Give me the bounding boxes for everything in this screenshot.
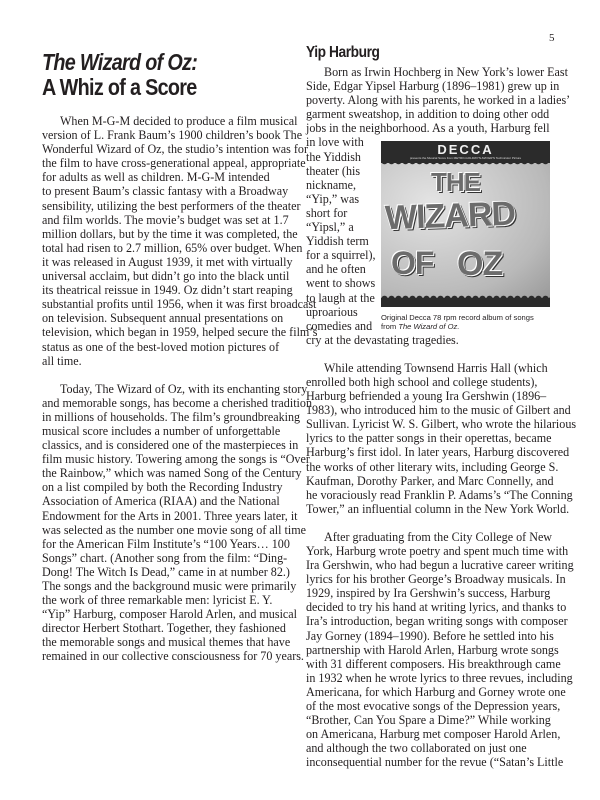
text-line: partnership with Harold Arlen, Harburg w… [306,643,560,657]
text-line: Songs” chart. (Another song from the fil… [42,551,292,565]
text-line: When M-G-M decided to produce a film mus… [42,114,292,128]
text-line: to present Baum’s classic fantasy with a… [42,184,292,198]
text-line: its theatrical reissue in 1949. Oz didn’… [42,283,292,297]
text-line: and film worlds. The movie’s budget was … [42,213,292,227]
decca-album-cover-image: DECCA presents the Musical Score from ME… [381,141,550,307]
text-line: substantial profits until 1956, when it … [42,297,292,311]
figure-caption: Original Decca 78 rpm record album of so… [381,313,551,331]
text-line: universal acclaim, but didn’t go into th… [42,269,292,283]
text-line: Ira’s introduction, began writing songs … [306,614,560,628]
text-line: on Americana, Harburg met composer Harol… [306,727,560,741]
text-line: on a list compiled by both the Recording… [42,480,292,494]
caption-line2-prefix: from [381,322,398,331]
text-line: “Brother, Can You Spare a Dime?” While w… [306,713,560,727]
text-line: “Yip” Harburg, composer Harold Arlen, an… [42,607,292,621]
text-line: total had risen to 2.7 million, 65% over… [42,241,292,255]
text-line: with 31 different composers. His breakth… [306,657,560,671]
text-line: Endowment for the Arts in 2001. Three ye… [42,509,292,523]
text-line: While attending Townsend Harris Hall (wh… [306,361,560,375]
text-line: Side, Edgar Yipsel Harburg (1896–1981) g… [306,79,560,93]
album-label: DECCA [437,142,493,157]
text-line: Sullivan. Lyricist W. S. Gilbert, who wr… [306,417,560,431]
text-line: lyrics for his brother George’s Broadway… [306,572,560,586]
article-title: The Wizard of Oz: A Whiz of a Score [42,50,257,100]
text-line: in millions of households. The film’s gr… [42,410,292,424]
text-line: garment sweatshop, in addition to doing … [306,107,560,121]
text-line: The songs and the background music were … [42,579,292,593]
text-line: Dong! The Witch Is Dead,” came in at num… [42,565,292,579]
text-line: on television. Subsequent annual present… [42,311,292,325]
text-line: Tower,” an influential column in the New… [306,502,560,516]
text-line: musical score includes a number of unfor… [42,424,292,438]
text-line: jobs in the neighborhood. As a youth, Ha… [306,121,560,135]
page-number: 5 [549,32,555,44]
album-word-wizard: WIZARD [384,195,515,239]
text-line: Ira Gershwin, who had begun a lucrative … [306,558,560,572]
paragraph-intro: When M-G-M decided to produce a film mus… [42,114,292,368]
text-line: Jay Gorney (1894–1990). Before he settle… [306,629,560,643]
text-line: enrolled both high school and college st… [306,375,560,389]
text-line: and memorable songs, has become a cheris… [42,396,292,410]
text-line: of the most evocative songs of the Depre… [306,699,560,713]
text-line: Harburg’s first idol. In later years, Ha… [306,445,560,459]
text-line: After graduating from the City College o… [306,530,560,544]
album-word-of: OF [391,245,433,282]
text-line: Born as Irwin Hochberg in New York’s low… [306,65,560,79]
album-footer-band [381,298,550,307]
text-line: version of L. Frank Baum’s 1900 children… [42,128,292,142]
text-line: Americana, for which Harburg and Gorney … [306,685,560,699]
text-line: Association of America (RIAA) and the Na… [42,494,292,508]
text-line: poverty. Along with his parents, he work… [306,93,560,107]
text-line: all time. [42,354,292,368]
text-line: the Rainbow,” which was named Song of th… [42,466,292,480]
text-line: for the American Film Institute’s “100 Y… [42,537,292,551]
text-line: film music history. Towering among the s… [42,452,292,466]
text-line: the work of three remarkable men: lyrici… [42,593,292,607]
left-column: The Wizard of Oz: A Whiz of a Score When… [42,50,292,678]
text-line: York, Harburg wrote poetry and spent muc… [306,544,560,558]
text-line: the works of other literary wits, includ… [306,460,560,474]
album-subline: presents the Musical Score from METRO-GO… [381,156,550,160]
text-line: was selected as the number one movie son… [42,523,292,537]
text-line: status as one of the best-loved motion p… [42,340,292,354]
text-line: the film to have cross-generational appe… [42,156,292,170]
text-line: decided to try his hand at writing lyric… [306,600,560,614]
text-line: for adults as well as children. M-G-M in… [42,170,292,184]
text-line: Harburg befriended a young Ira Gershwin … [306,389,560,403]
paragraph-townsend: While attending Townsend Harris Hall (wh… [306,361,560,516]
text-line: and although the two collaborated on jus… [306,741,560,755]
text-line: lyrics to the patter songs in their oper… [306,431,560,445]
text-line: Wonderful Wizard of Oz, the studio’s int… [42,142,292,156]
text-line: inconsequential number for the revue (“S… [306,755,560,769]
album-word-the: THE [431,167,480,198]
text-line: remained in our collective consciousness… [42,649,292,663]
album-header-band: DECCA presents the Musical Score from ME… [381,141,550,163]
text-line: Kaufman, Dorothy Parker, and Marc Connel… [306,474,560,488]
album-figure: DECCA presents the Musical Score from ME… [381,141,551,331]
text-line: he voraciously read Franklin P. Adams’s … [306,488,560,502]
album-word-oz: OZ [457,245,502,284]
paragraph-career: After graduating from the City College o… [306,530,560,770]
text-line: sensibility, utilizing the best performe… [42,199,292,213]
section-heading: Yip Harburg [306,44,524,62]
album-scallop-top [381,161,550,166]
caption-line2-italic: The Wizard of Oz. [398,322,459,331]
text-line: classics, and is considered one of the m… [42,438,292,452]
text-line: Today, The Wizard of Oz, with its enchan… [42,382,292,396]
text-line: the memorable songs and musical themes t… [42,635,292,649]
paragraph-today: Today, The Wizard of Oz, with its enchan… [42,382,292,664]
article-title-line1: The Wizard of Oz: [42,50,257,75]
caption-line1: Original Decca 78 rpm record album of so… [381,313,534,322]
text-line: cry at the devastating tragedies. [306,333,560,347]
article-title-line2: A Whiz of a Score [42,75,257,100]
text-line: 1929, inspired by Ira Gershwin’s success… [306,586,560,600]
text-line: 1983), who introduced him to the music o… [306,403,560,417]
text-line: director Herbert Stothart. Together, the… [42,621,292,635]
text-line: television, which began in 1959, helped … [42,325,292,339]
text-line: it was released in August 1939, it met w… [42,255,292,269]
text-line: in 1932 when he wrote lyrics to three re… [306,671,560,685]
text-line: million dollars, but by the time it was … [42,227,292,241]
